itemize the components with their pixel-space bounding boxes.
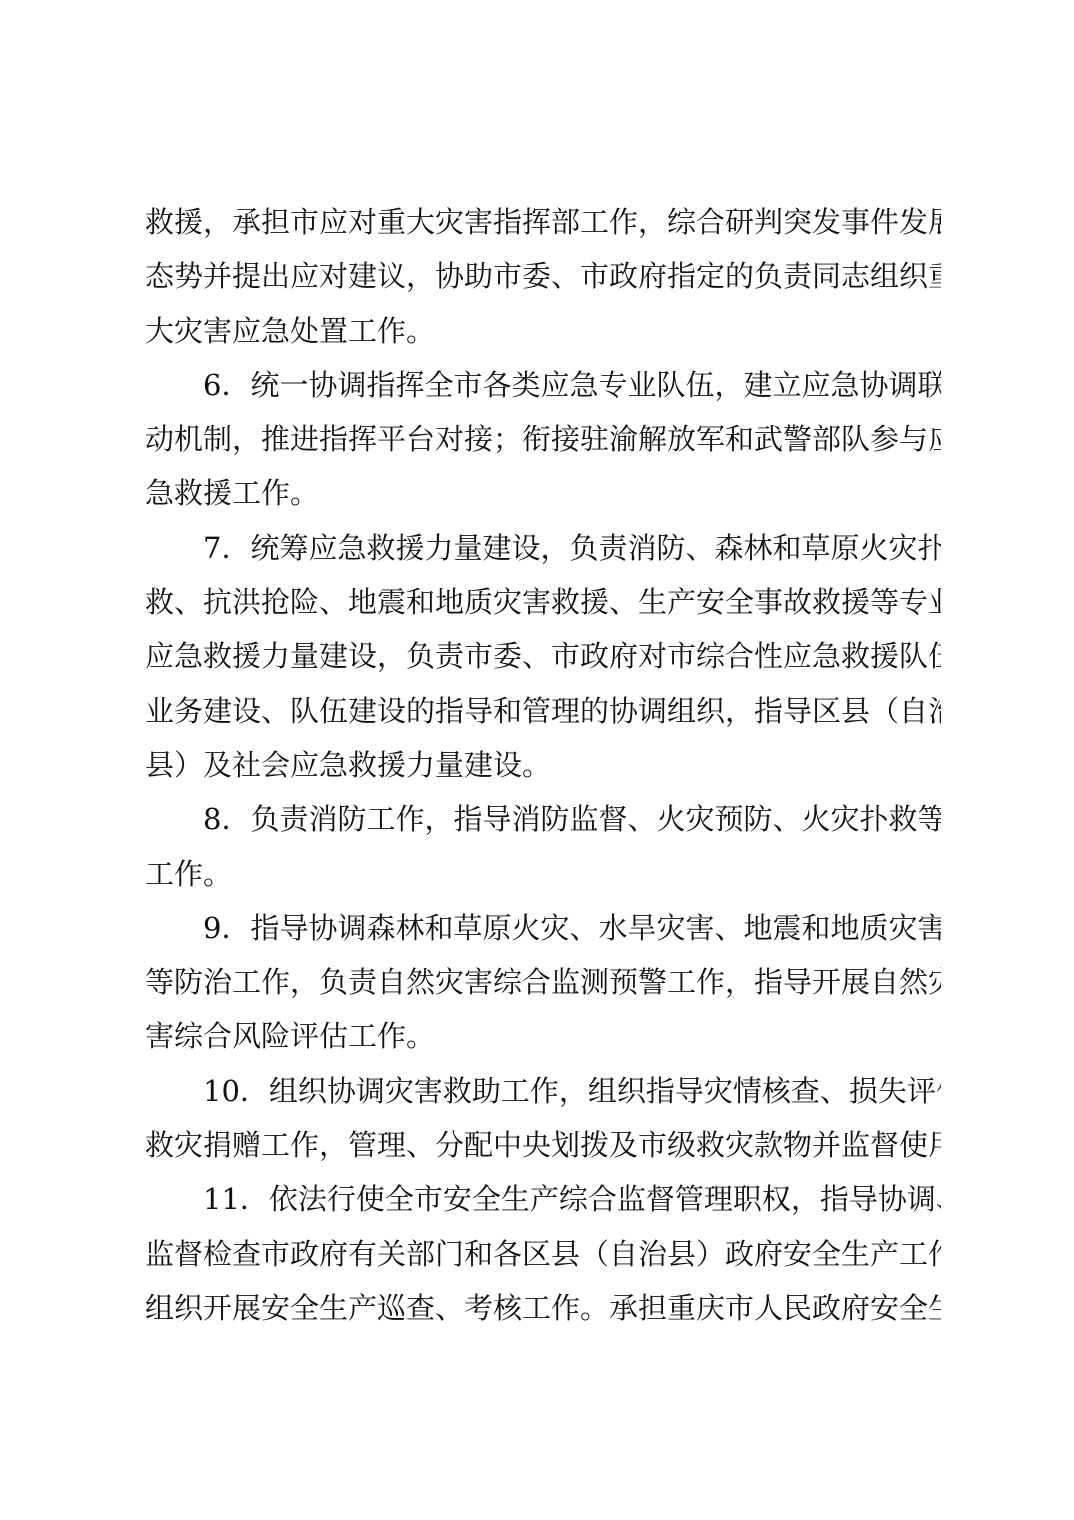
- paragraph-item-9: 9．指导协调森林和草原火灾、水旱灾害、地震和地质灾害 等防治工作，负责自然灾害综…: [145, 901, 941, 1064]
- text-line: 等防治工作，负责自然灾害综合监测预警工作，指导开展自然灾: [145, 955, 941, 1009]
- paragraph-item-11: 11．依法行使全市安全生产综合监督管理职权，指导协调、 监督检查市政府有关部门和…: [145, 1172, 941, 1335]
- text-line: 急救援工作。: [145, 466, 941, 520]
- text-line: 救援，承担市应对重大灾害指挥部工作，综合研判突发事件发展: [145, 195, 941, 249]
- paragraph-item-7: 7．统筹应急救援力量建设，负责消防、森林和草原火灾扑 救、抗洪抢险、地震和地质灾…: [145, 521, 941, 792]
- text-line: 县）及社会应急救援力量建设。: [145, 738, 941, 792]
- text-line: 动机制，推进指挥平台对接；衔接驻渝解放军和武警部队参与应: [145, 412, 941, 466]
- text-line: 8．负责消防工作，指导消防监督、火灾预防、火灾扑救等: [145, 792, 941, 846]
- text-line: 大灾害应急处置工作。: [145, 304, 941, 358]
- text-line: 7．统筹应急救援力量建设，负责消防、森林和草原火灾扑: [145, 521, 941, 575]
- text-line: 业务建设、队伍建设的指导和管理的协调组织，指导区县（自治: [145, 684, 941, 738]
- text-line: 监督检查市政府有关部门和各区县（自治县）政府安全生产工作，: [145, 1227, 941, 1281]
- text-line: 10．组织协调灾害救助工作，组织指导灾情核查、损失评估、: [145, 1064, 941, 1118]
- text-line: 救灾捐赠工作，管理、分配中央划拨及市级救灾款物并监督使用。: [145, 1118, 941, 1172]
- text-line: 应急救援力量建设，负责市委、市政府对市综合性应急救援队伍: [145, 629, 941, 683]
- paragraph-item-5-continuation: 救援，承担市应对重大灾害指挥部工作，综合研判突发事件发展 态势并提出应对建议，协…: [145, 195, 941, 358]
- text-line: 害综合风险评估工作。: [145, 1009, 941, 1063]
- text-line: 救、抗洪抢险、地震和地质灾害救援、生产安全事故救援等专业: [145, 575, 941, 629]
- text-line: 6．统一协调指挥全市各类应急专业队伍，建立应急协调联: [145, 358, 941, 412]
- document-page: 救援，承担市应对重大灾害指挥部工作，综合研判突发事件发展 态势并提出应对建议，协…: [145, 195, 941, 1335]
- text-line: 9．指导协调森林和草原火灾、水旱灾害、地震和地质灾害: [145, 901, 941, 955]
- text-line: 组织开展安全生产巡查、考核工作。承担重庆市人民政府安全生: [145, 1281, 941, 1335]
- paragraph-item-10: 10．组织协调灾害救助工作，组织指导灾情核查、损失评估、 救灾捐赠工作，管理、分…: [145, 1064, 941, 1173]
- paragraph-item-8: 8．负责消防工作，指导消防监督、火灾预防、火灾扑救等 工作。: [145, 792, 941, 901]
- text-line: 工作。: [145, 847, 941, 901]
- text-line: 11．依法行使全市安全生产综合监督管理职权，指导协调、: [145, 1172, 941, 1226]
- text-line: 态势并提出应对建议，协助市委、市政府指定的负责同志组织重: [145, 249, 941, 303]
- paragraph-item-6: 6．统一协调指挥全市各类应急专业队伍，建立应急协调联 动机制，推进指挥平台对接；…: [145, 358, 941, 521]
